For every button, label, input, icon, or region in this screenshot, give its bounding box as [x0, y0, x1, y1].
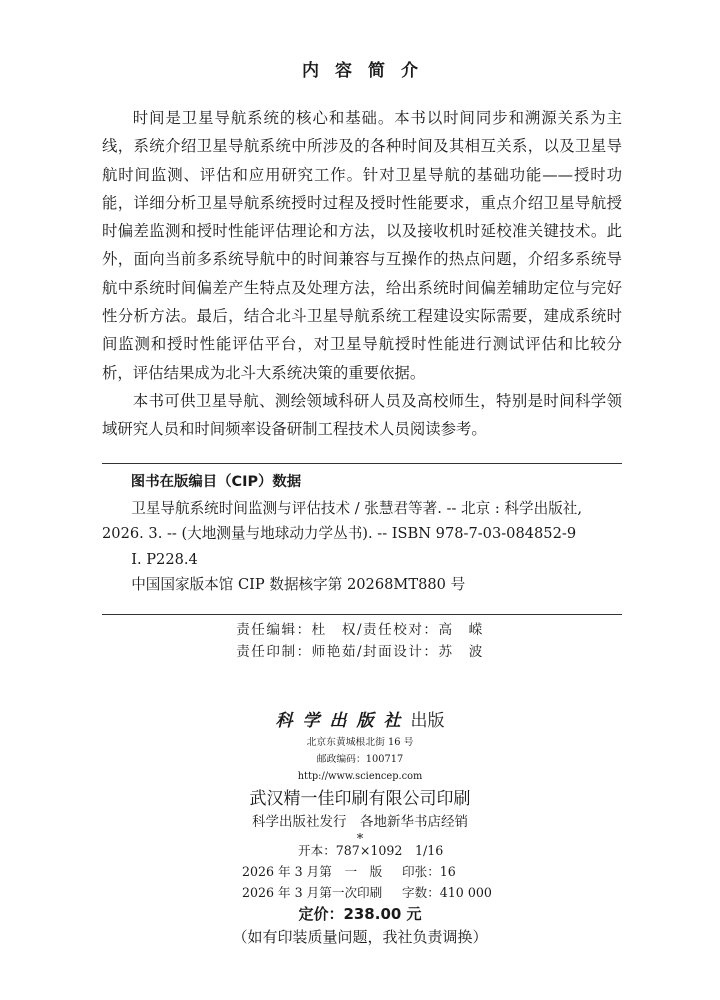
cip-data-block: 图书在版编目（CIP）数据 卫星导航系统时间监测与评估技术 / 张慧君等著. -… — [102, 470, 622, 598]
credits-line: 责任编辑：杜 权/责任校对：高 嵘 — [0, 619, 720, 641]
editorial-credits: 责任编辑：杜 权/责任校对：高 嵘 责任印制：师艳茹/封面设计：苏 波 — [0, 619, 720, 663]
intro-paragraph: 本书可供卫星导航、测绘领域科研人员及高校师生，特别是时间科学领域研究人员和时间频… — [102, 387, 622, 444]
word-count-spec: 字数：410 000 — [402, 882, 492, 903]
edition-spec: 2026 年 3 月第 一 版 — [242, 861, 382, 882]
publisher-line: 科学出版社出版 — [0, 708, 720, 734]
cip-record-line: 2026. 3. -- (大地测量与地球动力学丛书). -- ISBN 978-… — [102, 521, 622, 547]
intro-paragraph: 时间是卫星导航系统的核心和基础。本书以时间同步和溯源关系为主线，系统介绍卫星导航… — [102, 104, 622, 387]
quality-note: （如有印装质量问题，我社负责调换） — [0, 926, 720, 948]
cip-classification: I. P228.4 — [102, 547, 622, 573]
publisher-website: http://www.sciencep.com — [0, 768, 720, 785]
book-introduction: 时间是卫星导航系统的核心和基础。本书以时间同步和溯源关系为主线，系统介绍卫星导航… — [102, 104, 622, 444]
divider-rule — [102, 614, 622, 615]
publisher-block: 科学出版社出版 北京东黄城根北街 16 号 邮政编码：100717 http:/… — [0, 708, 720, 847]
publisher-postcode: 邮政编码：100717 — [0, 751, 720, 768]
format-spec: 开本：787×1092 1/16 — [298, 840, 443, 861]
cip-heading: 图书在版编目（CIP）数据 — [102, 470, 622, 496]
publisher-name-logo: 科学出版社 — [276, 711, 411, 731]
credits-line: 责任印制：师艳茹/封面设计：苏 波 — [0, 641, 720, 663]
divider-rule — [102, 463, 622, 464]
price: 定价：238.00 元 — [0, 903, 720, 925]
printing-spec: 2026 年 3 月第一次印刷 — [242, 882, 382, 903]
distribution-line: 科学出版社发行 各地新华书店经销 — [0, 811, 720, 833]
page-title: 内容简介 — [0, 56, 720, 81]
publisher-suffix: 出版 — [411, 711, 445, 731]
printer-line: 武汉精一佳印刷有限公司印刷 — [0, 787, 720, 811]
book-specs: 开本：787×1092 1/16 2026 年 3 月第 一 版 印张：16 2… — [0, 840, 720, 903]
sheets-spec: 印张：16 — [402, 861, 456, 882]
publisher-address: 北京东黄城根北街 16 号 — [0, 734, 720, 751]
cip-record-line: 卫星导航系统时间监测与评估技术 / 张慧君等著. -- 北京 : 科学出版社, — [102, 496, 622, 522]
cip-verification-number: 中国国家版本馆 CIP 数据核字第 20268MT880 号 — [102, 572, 622, 598]
